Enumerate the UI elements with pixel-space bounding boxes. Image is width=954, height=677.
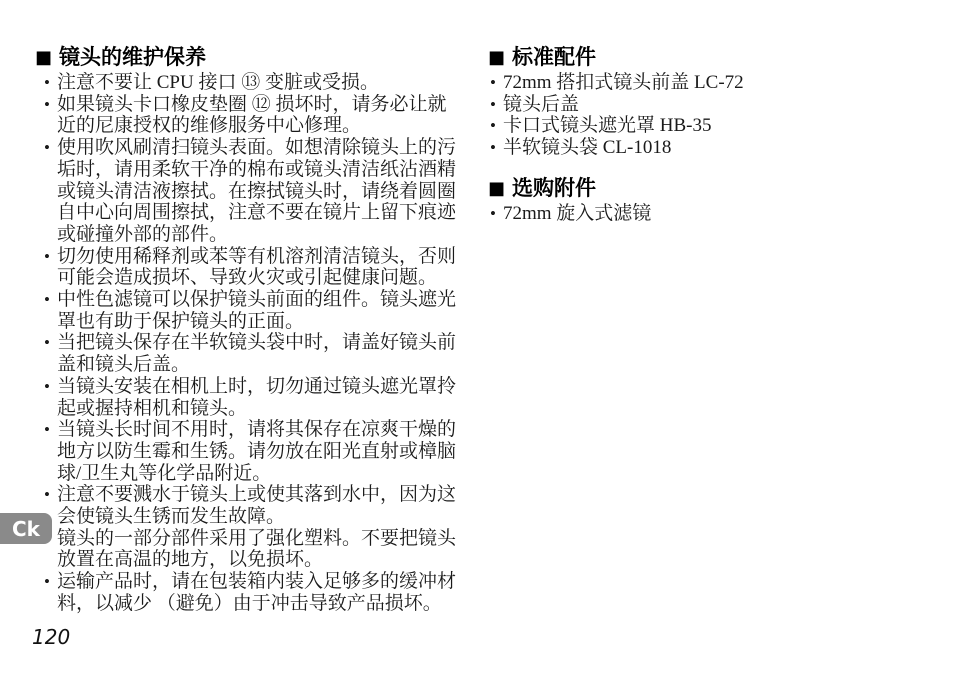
section-marker-icon: ■ [488,177,505,201]
list-item-text: 注意不要溅水于镜头上或使其落到水中，因为这会使镜头生锈而发生故障。 [57,484,463,527]
right-column: ■标准配件 • 72mm 搭扣式镜头前盖 LC-72 • 镜头后盖 • 卡口式镜… [488,45,880,225]
section-title-maintenance: ■镜头的维护保养 [35,45,463,70]
language-tab-ck: Ck [0,513,52,544]
bullet-icon: • [488,72,503,94]
list-item-text: 中性色滤镜可以保护镜头前面的组件。镜头遮光罩也有助于保护镜头的正面。 [57,289,463,332]
list-item-text: 镜头的一部分部件采用了强化塑料。不要把镜头放置在高温的地方，以免损坏。 [57,528,463,571]
list-item-text: 镜头后盖 [503,94,880,116]
language-tab-label: Ck [12,517,40,541]
section-marker-icon: ■ [488,46,505,70]
list-item: • 镜头的一部分部件采用了强化塑料。不要把镜头放置在高温的地方，以免损坏。 [35,528,463,571]
bullet-icon: • [35,571,57,593]
bullet-icon: • [35,376,57,398]
section-title-standard-accessories: ■标准配件 [488,45,880,70]
list-item-text: 使用吹风刷清扫镜头表面。如想清除镜头上的污垢时，请用柔软干净的棉布或镜头清洁纸沾… [57,137,463,246]
list-item: • 半软镜头袋 CL-1018 [488,137,880,159]
bullet-icon: • [35,484,57,506]
manual-page: ■镜头的维护保养 • 注意不要让 CPU 接口 ⑬ 变脏或受损。 • 如果镜头卡… [0,0,954,677]
bullet-icon: • [488,203,503,225]
list-item: • 卡口式镜头遮光罩 HB-35 [488,115,880,137]
list-item-text: 当镜头安装在相机上时，切勿通过镜头遮光罩拎起或握持相机和镜头。 [57,376,463,419]
list-item: • 运输产品时，请在包装箱内装入足够多的缓冲材料，以减少 （避免）由于冲击导致产… [35,571,463,614]
list-item: • 中性色滤镜可以保护镜头前面的组件。镜头遮光罩也有助于保护镜头的正面。 [35,289,463,332]
left-column: ■镜头的维护保养 • 注意不要让 CPU 接口 ⑬ 变脏或受损。 • 如果镜头卡… [35,45,463,615]
list-item-text: 72mm 搭扣式镜头前盖 LC-72 [503,72,880,94]
section-title-optional-accessories: ■选购附件 [488,176,880,201]
list-item-text: 半软镜头袋 CL-1018 [503,137,880,159]
list-item: • 72mm 旋入式滤镜 [488,203,880,225]
bullet-icon: • [35,137,57,159]
list-item-text: 72mm 旋入式滤镜 [503,203,880,225]
bullet-icon: • [35,332,57,354]
section-title-text: 镜头的维护保养 [59,45,206,69]
list-item: • 注意不要让 CPU 接口 ⑬ 变脏或受损。 [35,72,463,94]
list-item: • 使用吹风刷清扫镜头表面。如想清除镜头上的污垢时，请用柔软干净的棉布或镜头清洁… [35,137,463,246]
list-item-text: 卡口式镜头遮光罩 HB-35 [503,115,880,137]
list-item: • 镜头后盖 [488,94,880,116]
optional-accessories-list: • 72mm 旋入式滤镜 [488,203,880,225]
bullet-icon: • [488,137,503,159]
bullet-icon: • [35,419,57,441]
bullet-icon: • [488,94,503,116]
bullet-icon: • [488,115,503,137]
bullet-icon: • [35,289,57,311]
section-title-text: 标准配件 [512,45,596,69]
list-item-text: 当镜头长时间不用时，请将其保存在凉爽干燥的地方以防生霉和生锈。请勿放在阳光直射或… [57,419,463,484]
list-item-text: 如果镜头卡口橡皮垫圈 ⑫ 损坏时，请务必让就近的尼康授权的维修服务中心修理。 [57,94,463,137]
list-item: • 当镜头长时间不用时，请将其保存在凉爽干燥的地方以防生霉和生锈。请勿放在阳光直… [35,419,463,484]
standard-accessories-list: • 72mm 搭扣式镜头前盖 LC-72 • 镜头后盖 • 卡口式镜头遮光罩 H… [488,72,880,159]
maintenance-list: • 注意不要让 CPU 接口 ⑬ 变脏或受损。 • 如果镜头卡口橡皮垫圈 ⑫ 损… [35,72,463,615]
list-item: • 72mm 搭扣式镜头前盖 LC-72 [488,72,880,94]
bullet-icon: • [35,246,57,268]
list-item: • 如果镜头卡口橡皮垫圈 ⑫ 损坏时，请务必让就近的尼康授权的维修服务中心修理。 [35,94,463,137]
bullet-icon: • [35,72,57,94]
section-marker-icon: ■ [35,46,52,70]
list-item-text: 运输产品时，请在包装箱内装入足够多的缓冲材料，以减少 （避免）由于冲击导致产品损… [57,571,463,614]
section-title-text: 选购附件 [512,176,596,200]
list-item-text: 切勿使用稀释剂或苯等有机溶剂清洁镜头，否则可能会造成损坏、导致火灾或引起健康问题… [57,246,463,289]
list-item: • 切勿使用稀释剂或苯等有机溶剂清洁镜头，否则可能会造成损坏、导致火灾或引起健康… [35,246,463,289]
list-item: • 当把镜头保存在半软镜头袋中时，请盖好镜头前盖和镜头后盖。 [35,332,463,375]
list-item: • 当镜头安装在相机上时，切勿通过镜头遮光罩拎起或握持相机和镜头。 [35,376,463,419]
bullet-icon: • [35,94,57,116]
list-item: • 注意不要溅水于镜头上或使其落到水中，因为这会使镜头生锈而发生故障。 [35,484,463,527]
list-item-text: 当把镜头保存在半软镜头袋中时，请盖好镜头前盖和镜头后盖。 [57,332,463,375]
page-number: 120 [32,627,70,647]
list-item-text: 注意不要让 CPU 接口 ⑬ 变脏或受损。 [57,72,463,94]
